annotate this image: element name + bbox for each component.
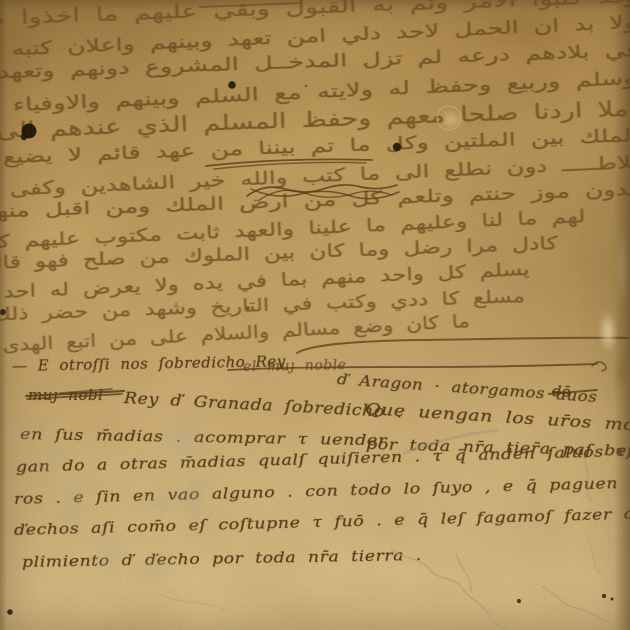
page-edge-left-shadow xyxy=(0,0,7,630)
page-edge-top-shadow xyxy=(0,0,630,10)
page-edge-right-shadow xyxy=(614,0,630,630)
parchment-texture xyxy=(0,0,630,630)
manuscript-page: وقد كتبوا الامر وتم به القبول وبقي عليهم… xyxy=(0,0,630,630)
